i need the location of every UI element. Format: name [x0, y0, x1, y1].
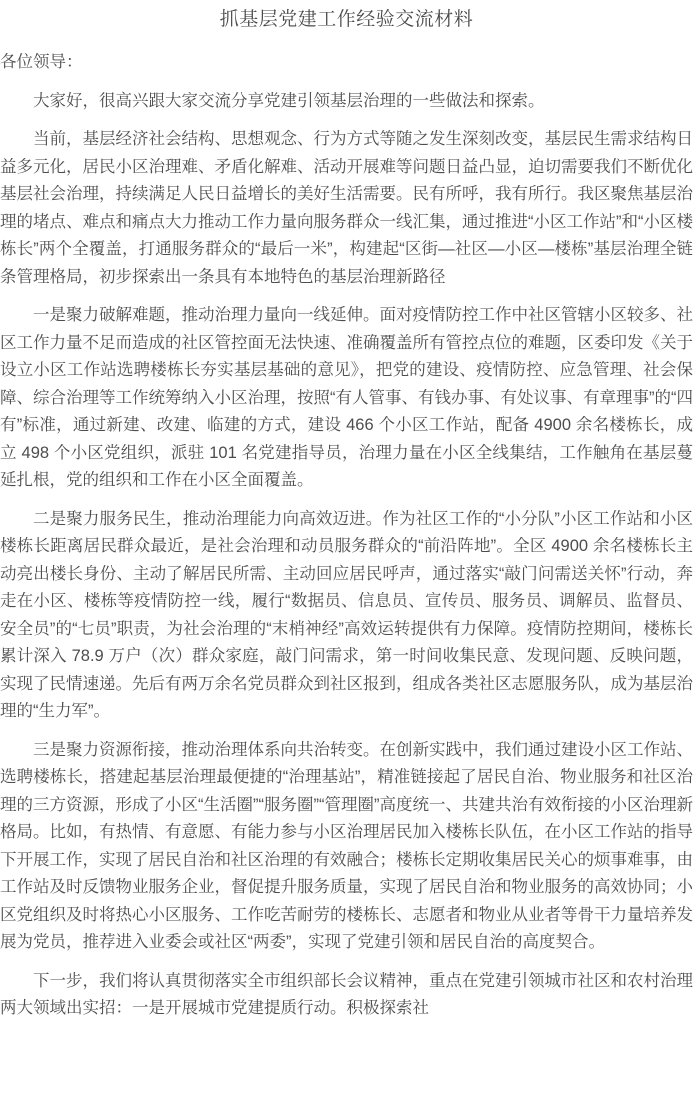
- paragraph-background: 当前，基层经济社会结构、思想观念、行为方式等随之发生深刻改变，基层民生需求结构日…: [0, 126, 693, 291]
- paragraph-point-one: 一是聚力破解难题，推动治理力量向一线延伸。面对疫情防控工作中社区管辖小区较多、社…: [0, 302, 693, 495]
- paragraph-greeting: 大家好，很高兴跟大家交流分享党建引领基层治理的一些做法和探索。: [0, 88, 693, 116]
- paragraph-point-two: 二是聚力服务民生，推动治理能力向高效迈进。作为社区工作的“小分队”小区工作站和小…: [0, 506, 693, 726]
- document-title: 抓基层党建工作经验交流材料: [0, 6, 693, 33]
- paragraph-next-steps: 下一步，我们将认真贯彻落实全市组织部长会议精神，重点在党建引领城市社区和农村治理…: [0, 968, 693, 1023]
- salutation: 各位领导：: [0, 49, 693, 77]
- paragraph-point-three: 三是聚力资源衔接，推动治理体系向共治转变。在创新实践中，我们通过建设小区工作站、…: [0, 737, 693, 957]
- document-page: 抓基层党建工作经验交流材料 各位领导： 大家好，很高兴跟大家交流分享党建引领基层…: [0, 0, 693, 1097]
